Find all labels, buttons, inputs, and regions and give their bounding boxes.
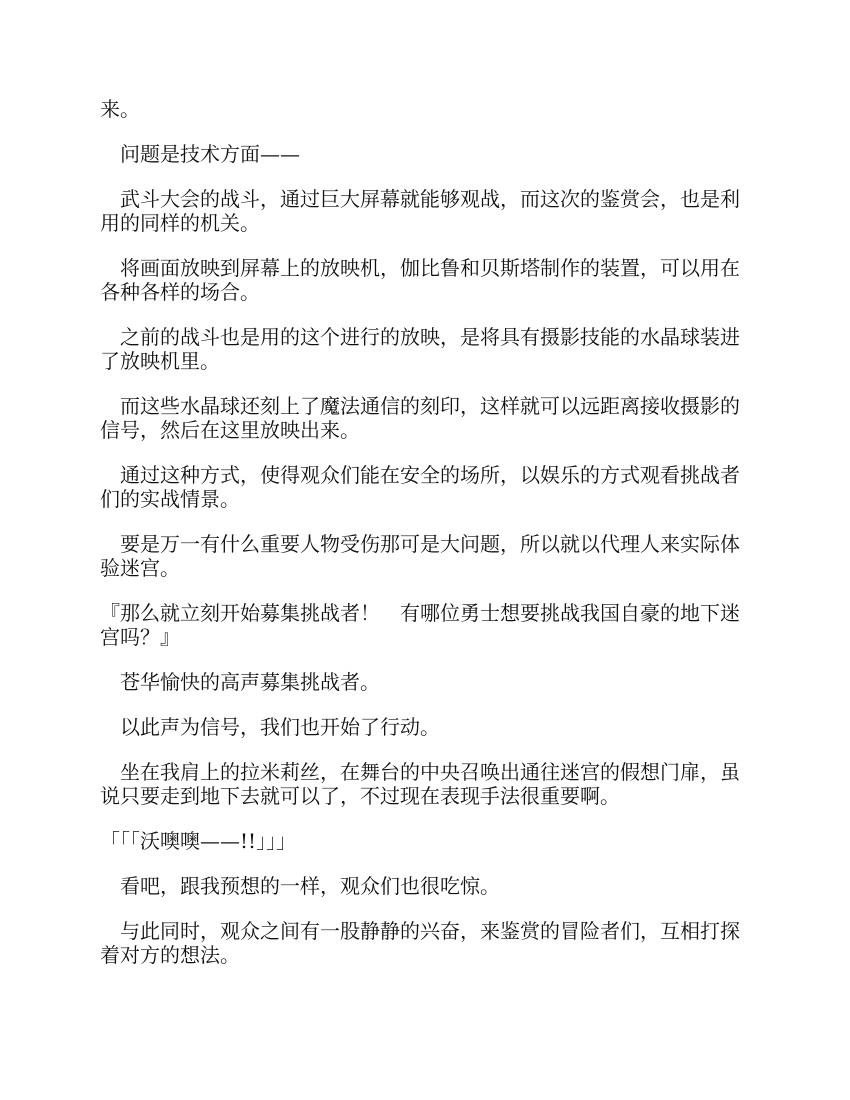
paragraph: 看吧，跟我预想的一样，观众们也很吃惊。 — [100, 874, 745, 898]
paragraph: 之前的战斗也是用的这个进行的放映，是将具有摄影技能的水晶球装进了放映机里。 — [100, 325, 745, 373]
paragraph: 要是万一有什么重要人物受伤那可是大问题，所以就以代理人来实际体验迷宫。 — [100, 532, 745, 580]
paragraph: 与此同时，观众之间有一股静静的兴奋，来鉴赏的冒险者们，互相打探着对方的想法。 — [100, 919, 745, 967]
paragraph-continuation: 来。 — [100, 97, 745, 121]
paragraph: 武斗大会的战斗，通过巨大屏幕就能够观战，而这次的鉴赏会，也是利用的同样的机关。 — [100, 187, 745, 235]
dialogue-quote: 「「「沃噢噢——!!」」」 — [100, 829, 745, 853]
paragraph: 通过这种方式，使得观众们能在安全的场所，以娱乐的方式观看挑战者们的实战情景。 — [100, 463, 745, 511]
paragraph: 将画面放映到屏幕上的放映机，伽比鲁和贝斯塔制作的装置，可以用在各种各样的场合。 — [100, 256, 745, 304]
dialogue-quote: 『那么就立刻开始募集挑战者！ 有哪位勇士想要挑战我国自豪的地下迷宫吗？』 — [100, 601, 745, 649]
paragraph: 问题是技术方面—— — [100, 142, 745, 166]
document-page: 来。 问题是技术方面—— 武斗大会的战斗，通过巨大屏幕就能够观战，而这次的鉴赏会… — [100, 97, 745, 988]
paragraph: 而这些水晶球还刻上了魔法通信的刻印，这样就可以远距离接收摄影的信号，然后在这里放… — [100, 394, 745, 442]
paragraph: 坐在我肩上的拉米莉丝，在舞台的中央召唤出通往迷宫的假想门扉，虽说只要走到地下去就… — [100, 760, 745, 808]
paragraph: 苍华愉快的高声募集挑战者。 — [100, 670, 745, 694]
paragraph: 以此声为信号，我们也开始了行动。 — [100, 715, 745, 739]
